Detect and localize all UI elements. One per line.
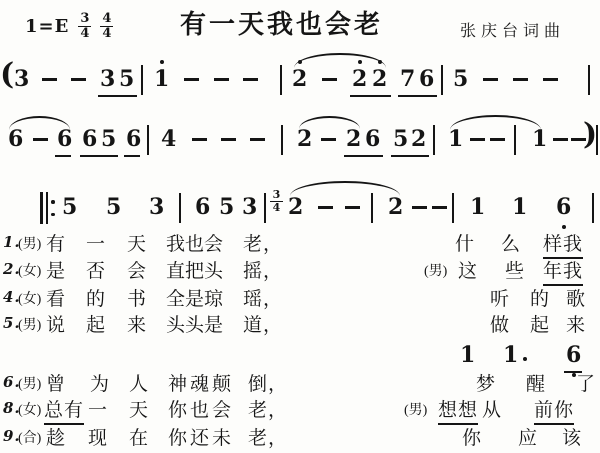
beam-underline xyxy=(80,155,118,157)
voice-label: (男) xyxy=(18,373,41,393)
note: 3 xyxy=(149,196,164,218)
music-line-2: 6665642265211) xyxy=(0,118,600,172)
lyric-text: 该 xyxy=(562,423,582,450)
duration-dash xyxy=(412,206,427,209)
lyric-text: 这 xyxy=(458,256,478,283)
timesig-numerator: 4 xyxy=(100,12,113,27)
duration-dash xyxy=(214,78,229,81)
lyric-row-6: 6.(男)曾为人神魂颠倒，梦醒了 xyxy=(0,369,600,397)
note: 5 xyxy=(119,68,134,90)
beam-underline xyxy=(344,155,383,157)
voice-label: (女) xyxy=(18,260,41,280)
note: 6 xyxy=(419,68,434,90)
lyric-text: 会 xyxy=(204,229,224,256)
lyric-text: 起 xyxy=(86,310,106,337)
lyric-text: 天 xyxy=(127,229,147,256)
duration-dash xyxy=(192,138,207,141)
note: 2 xyxy=(411,128,426,150)
lyric-text: 老， xyxy=(248,395,288,422)
beam-underline xyxy=(350,95,391,97)
lyric-row-4: 4.(女)看的书全是琼瑶，听的歌 xyxy=(0,284,600,312)
barline xyxy=(371,193,373,223)
lyric-text: 书 xyxy=(127,284,147,311)
slur-tie xyxy=(9,116,70,130)
voice-label: (男) xyxy=(404,399,427,419)
note: 6 xyxy=(82,128,97,150)
duration-dash xyxy=(71,78,86,81)
ts-den: 4 xyxy=(270,202,283,214)
slur-tie xyxy=(299,116,360,129)
note: 6 xyxy=(556,196,571,218)
lyric-text: 也 xyxy=(190,395,210,422)
duration-dash xyxy=(470,138,485,141)
barline xyxy=(433,125,435,155)
lyric-text: 是 xyxy=(204,310,224,337)
lyric-text: 样我 xyxy=(543,229,583,259)
lyric-text: 道， xyxy=(243,310,283,337)
barline xyxy=(588,65,590,95)
duration-dash xyxy=(250,138,265,141)
time-signature: 34 xyxy=(78,12,91,42)
time-signature-change: 34 xyxy=(270,189,283,214)
slur-tie xyxy=(294,53,386,68)
lyric-text: 把 xyxy=(185,256,205,283)
lyric-text: 神 xyxy=(168,369,188,396)
duration-dash xyxy=(184,78,199,81)
lyric-text: 起 xyxy=(530,310,550,337)
note: 6 xyxy=(195,196,210,218)
duration-dash xyxy=(221,138,236,141)
beam-underline xyxy=(124,155,140,157)
lyric-text: 趁 xyxy=(46,423,66,450)
repeat-inner-line xyxy=(46,192,48,224)
barline xyxy=(452,193,454,223)
lyric-text: 天 xyxy=(129,395,149,422)
voice-label: (男) xyxy=(424,260,447,280)
duration-dash xyxy=(543,78,558,81)
lyric-text: 还 xyxy=(190,423,210,450)
note: 5 xyxy=(101,128,116,150)
augmentation-dot xyxy=(523,357,527,361)
lyric-text: 琼 xyxy=(204,284,224,311)
music-line-1: (3351222765 xyxy=(0,58,600,112)
note: 1 xyxy=(470,196,485,218)
note: 2 xyxy=(292,68,307,90)
barline xyxy=(179,193,181,223)
header-timesigs: 3444 xyxy=(78,12,113,42)
slur-tie xyxy=(290,181,400,196)
beam-underline xyxy=(398,95,437,97)
lyric-text: 了 xyxy=(576,369,596,396)
lyric-text: 说 xyxy=(46,310,66,337)
lyric-text: 摇， xyxy=(243,256,283,283)
voice-label: (女) xyxy=(18,288,41,308)
lyric-text: 直 xyxy=(166,256,186,283)
lyric-text: 魂 xyxy=(190,369,210,396)
lyric-row-8: 8.(女)总有一天你也会老，(男)想想从前你 xyxy=(0,395,600,423)
lyric-text: 也 xyxy=(185,229,205,256)
duration-dash xyxy=(33,138,48,141)
lyric-text: 未 xyxy=(212,423,232,450)
timesig-denominator: 4 xyxy=(80,27,89,41)
beam-underline xyxy=(98,95,137,97)
note: 6 xyxy=(566,344,581,366)
octave-dot-high xyxy=(160,60,164,64)
repeat-dot xyxy=(51,213,55,217)
duration-dash xyxy=(483,78,498,81)
phrase-parenthesis: ( xyxy=(0,60,14,90)
lyric-text: 头 xyxy=(166,310,186,337)
lyric-text: 年我 xyxy=(543,256,583,286)
lyric-row-1: 1.(男)有一天我也会老，什么样我 xyxy=(0,229,600,257)
note: 1 xyxy=(154,68,169,90)
slur-tie xyxy=(450,115,541,130)
lyric-text: 曾 xyxy=(46,369,66,396)
note: 5 xyxy=(106,196,121,218)
lyric-text: 在 xyxy=(129,423,149,450)
lyric-text: 一 xyxy=(86,229,106,256)
repeat-sign xyxy=(40,192,55,224)
note: 3 xyxy=(100,68,115,90)
duration-dash xyxy=(318,206,333,209)
note: 5 xyxy=(393,128,408,150)
lyric-text: 梦 xyxy=(476,369,496,396)
note: 6 xyxy=(8,128,23,150)
note: 1 xyxy=(532,128,547,150)
lyric-text: 应 xyxy=(518,423,538,450)
note: 1 xyxy=(512,196,527,218)
lyric-text: 头 xyxy=(204,256,224,283)
lyric-text: 会 xyxy=(212,395,232,422)
note: 1 xyxy=(460,344,475,366)
lyric-text: 的 xyxy=(86,284,106,311)
lyric-text: 头 xyxy=(185,310,205,337)
lyric-text: 前你 xyxy=(534,395,574,425)
lyric-text: 颠 xyxy=(212,369,232,396)
note: 6 xyxy=(365,128,380,150)
lyric-text: 全 xyxy=(166,284,186,311)
lyric-text: 是 xyxy=(46,256,66,283)
note: 5 xyxy=(62,196,77,218)
lyric-text: 什 xyxy=(455,229,475,256)
note: 2 xyxy=(388,196,403,218)
note: 6 xyxy=(57,128,72,150)
voice-label: (男) xyxy=(18,314,41,334)
page-title: 有一天我也会老 xyxy=(180,4,383,41)
barline xyxy=(441,65,443,95)
note: 6 xyxy=(126,128,141,150)
barline xyxy=(596,125,598,155)
note: 5 xyxy=(453,68,468,90)
lyric-text: 瑶， xyxy=(243,284,283,311)
duration-dash xyxy=(345,206,360,209)
duration-dash xyxy=(243,78,258,81)
lyric-text: 有 xyxy=(46,229,66,256)
duration-dash xyxy=(490,138,505,141)
note: 4 xyxy=(161,128,176,150)
lyric-text: 听 xyxy=(490,284,510,311)
beam-underline xyxy=(55,155,71,157)
lyric-text: 醒 xyxy=(526,369,546,396)
barline xyxy=(592,193,594,223)
lyric-text: 老， xyxy=(248,423,288,450)
note: 2 xyxy=(372,68,387,90)
sheet-music-page: 1=E 3444 有一天我也会老 张庆台词曲 (3351222765666564… xyxy=(0,0,600,453)
duration-dash xyxy=(513,78,528,81)
lyric-text: 老， xyxy=(243,229,283,256)
lyric-text: 人 xyxy=(129,369,149,396)
note: 3 xyxy=(242,196,257,218)
voice-label: (女) xyxy=(18,399,41,419)
duration-dash xyxy=(432,206,447,209)
lyric-text: 总有 xyxy=(44,395,84,425)
lyric-text: 从 xyxy=(482,395,502,422)
lyric-text: 倒， xyxy=(248,369,288,396)
credit-line: 张庆台词曲 xyxy=(460,18,565,41)
lyric-text: 你 xyxy=(168,395,188,422)
voice-label: (男) xyxy=(18,233,41,253)
note: 7 xyxy=(400,68,415,90)
key-label: 1=E xyxy=(25,16,69,37)
lyric-text: 一 xyxy=(88,395,108,422)
lyric-text: 看 xyxy=(46,284,66,311)
timesig-denominator: 4 xyxy=(102,27,111,41)
time-signature: 44 xyxy=(100,12,113,42)
lyric-text: 来 xyxy=(566,310,586,337)
barline xyxy=(264,193,266,223)
barline xyxy=(280,65,282,95)
duration-dash xyxy=(553,138,568,141)
voice-label: (合) xyxy=(18,427,41,447)
note: 3 xyxy=(14,68,29,90)
note: 1 xyxy=(503,344,518,366)
lyric-text: 会 xyxy=(127,256,147,283)
key-signature: 1=E 3444 xyxy=(25,12,113,42)
lyric-text: 做 xyxy=(490,310,510,337)
barline xyxy=(147,125,149,155)
note: 2 xyxy=(346,128,361,150)
lyric-text: 来 xyxy=(127,310,147,337)
barline xyxy=(141,65,143,95)
lyric-text: 的 xyxy=(530,284,550,311)
duration-dash xyxy=(42,78,57,81)
lyric-row-5: 5.(男)说起来头头是道，做起来 xyxy=(0,310,600,338)
repeat-dot xyxy=(51,200,55,204)
note: 2 xyxy=(288,196,303,218)
duration-dash xyxy=(321,138,336,141)
lyric-row-9: 9.(合)趁现在你还未老，你应该 xyxy=(0,423,600,451)
lyric-text: 我 xyxy=(166,229,186,256)
note: 2 xyxy=(297,128,312,150)
note: 1 xyxy=(448,128,463,150)
beam-underline xyxy=(391,155,429,157)
lyric-text: 是 xyxy=(185,284,205,311)
lyric-text: 想想 xyxy=(438,395,478,425)
lyric-text: 么 xyxy=(501,229,521,256)
lyric-text: 现 xyxy=(88,423,108,450)
duration-dash xyxy=(322,78,337,81)
note: 5 xyxy=(219,196,234,218)
note: 2 xyxy=(352,68,367,90)
timesig-numerator: 3 xyxy=(78,12,91,27)
lyric-text: 为 xyxy=(90,369,110,396)
lyric-text: 些 xyxy=(505,256,525,283)
lyric-text: 否 xyxy=(86,256,106,283)
barline xyxy=(281,125,283,155)
lyric-row-2: 2.(女)是否会直把头摇，(男)这些年我 xyxy=(0,256,600,284)
lyric-text: 你 xyxy=(462,423,482,450)
lyric-text: 歌 xyxy=(566,284,586,311)
lyric-text: 你 xyxy=(168,423,188,450)
